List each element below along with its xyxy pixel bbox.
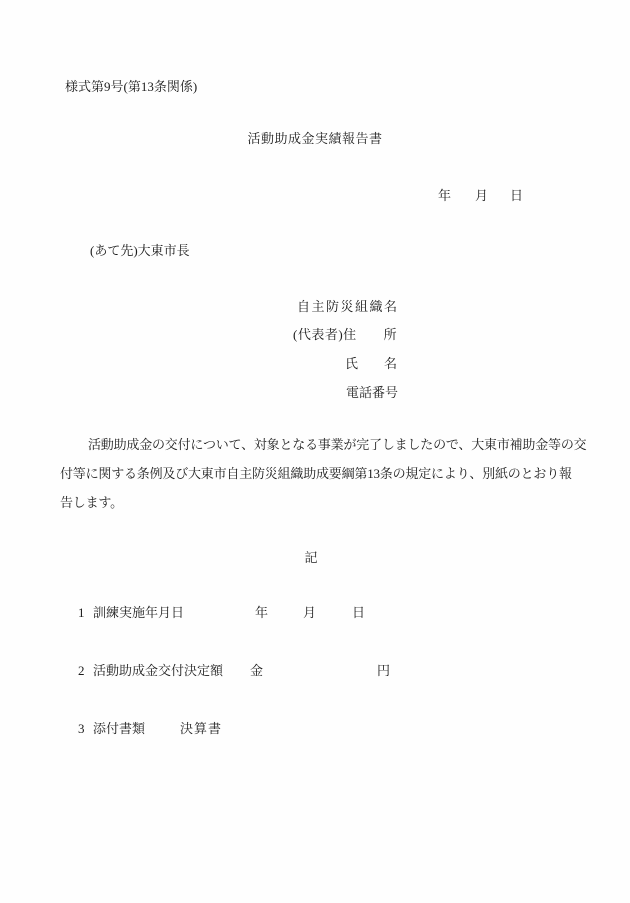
date-year-label: 年 xyxy=(438,189,451,202)
item-1-label: 訓練実施年月日 xyxy=(93,606,184,619)
addressee-line: (あて先)大東市長 xyxy=(90,244,190,257)
list-item-grant-amount: 2 活動助成金交付決定額 金 円 xyxy=(0,664,630,680)
signature-phone-label: 電話番号 xyxy=(346,386,398,399)
item-2-amount-prefix: 金 xyxy=(250,664,263,677)
list-item-training-date: 1 訓練実施年月日 年 月 日 xyxy=(0,606,630,622)
item-1-month-label: 月 xyxy=(303,606,316,619)
body-paragraph: 活動助成金の交付について、対象となる事業が完了しましたので、大東市補助金等の交 … xyxy=(60,430,575,517)
date-day-label: 日 xyxy=(510,189,523,202)
item-3-number: 3 xyxy=(78,722,85,735)
signature-name-label: 氏 名 xyxy=(345,357,397,370)
body-paragraph-line-1: 活動助成金の交付について、対象となる事業が完了しましたので、大東市補助金等の交 xyxy=(60,430,575,459)
item-2-number: 2 xyxy=(78,664,85,677)
body-paragraph-line-3: 告します。 xyxy=(60,488,575,517)
date-month-label: 月 xyxy=(475,189,488,202)
item-3-value: 決算書 xyxy=(180,722,222,735)
page-title: 活動助成金実績報告書 xyxy=(0,132,630,145)
body-paragraph-line-2: 付等に関する条例及び大東市自主防災組織助成要綱第13条の規定により、別紙のとおり… xyxy=(60,459,575,488)
item-1-year-label: 年 xyxy=(255,606,268,619)
date-line: 年 月 日 xyxy=(0,189,630,205)
signature-representative-address-label: (代表者)住 所 xyxy=(293,328,397,341)
item-1-day-label: 日 xyxy=(352,606,365,619)
report-form-page: 様式第9号(第13条関係) 活動助成金実績報告書 年 月 日 (あて先)大東市長… xyxy=(0,0,630,903)
item-1-number: 1 xyxy=(78,606,85,619)
form-number: 様式第9号(第13条関係) xyxy=(65,80,197,93)
item-2-amount-suffix: 円 xyxy=(377,664,390,677)
ki-section-heading: 記 xyxy=(0,551,622,564)
item-2-label: 活動助成金交付決定額 xyxy=(93,664,223,677)
list-item-attachments: 3 添付書類 決算書 xyxy=(0,722,630,738)
signature-org-name-label: 自主防災組織名 xyxy=(297,300,399,313)
item-3-label: 添付書類 xyxy=(93,722,145,735)
